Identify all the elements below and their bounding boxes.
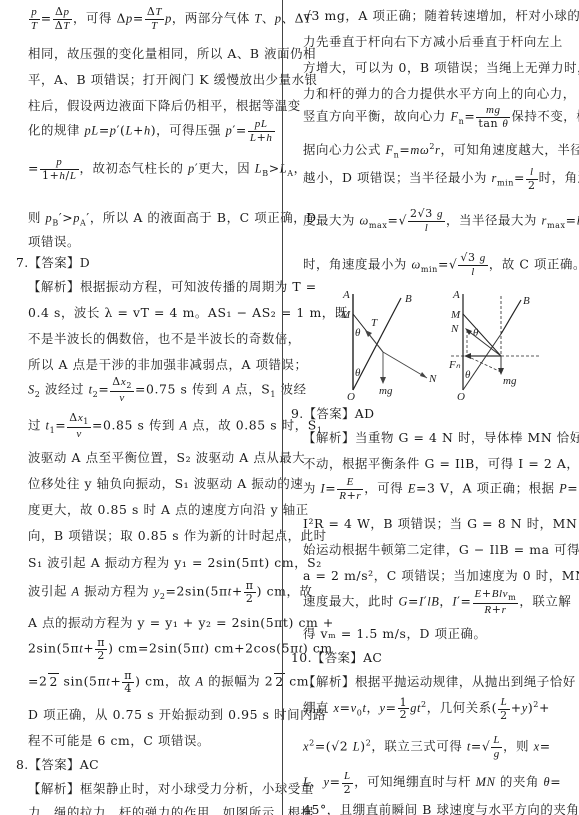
force-diagram-centripetal-icon: A B M N θ Fₙ θ mg O [441,286,571,400]
fraction-mg-over-tan: mgtan θ [476,104,510,130]
q8-line-1: 【解析】框架静止时，对小球受力分析，小球受重 [0,779,283,797]
force-diagram-tension-icon: A B M T θ θ N mg O [331,286,451,400]
svg-text:B: B [405,293,412,305]
q7-line-10: 向，B 项错误；取 0.85 s 作为新的计时起点，此时 [0,526,283,544]
q8-cont-line-6: 据向心力公式 Fn=mω2r，可知角速度越大，半径 [291,140,579,159]
q8-answer-heading: 8.【答案】AC [16,755,283,773]
q7-line-8: 位移处往 y 轴负向振动，S₁ 波驱动 A 振动的速 [0,474,283,492]
fraction-p-over-T: pT [29,6,40,32]
q10-line-4: L，y=L2，可知绳绷直时与杆 MN 的夹角 θ= [291,770,579,795]
svg-text:M: M [340,309,351,321]
q7-number: 7. [16,255,29,270]
svg-text:θ: θ [473,327,479,339]
q8-answer-label: 【答案】 [29,757,80,772]
q10-line-3: x2=(√2 L)2，联立三式可得 t=√Lg，则 x= [291,734,579,760]
answer-sheet-page: pT=ΔpΔT，可得 Δp=ΔTTp，两部分气体 T、p、ΔT 相同，故压强的变… [0,0,579,815]
q10-number: 10. [291,650,312,665]
q6-line-7: 则 pB′>pA′，所以 A 的液面高于 B，C 项正确，D [0,208,283,227]
q8-cont-line-3: 方增大，可以为 0，B 项错误；当绳上无弹力时，重 [291,58,579,76]
q6-line-2: 相同，故压强的变化量相同，所以 A、B 液面仍相 [0,44,283,62]
q9-line-1: 【解析】当重物 G = 4 N 时，导体棒 MN 恰好静止 [291,428,579,446]
q9-text: 当重物 G = 4 N 时，导体棒 MN 恰好静止 [355,430,579,445]
q9-line-8: 得 vₘ = 1.5 m/s，D 项正确。 [291,624,579,642]
fraction-pi-over-2: π2 [244,580,256,604]
svg-text:mg: mg [379,385,393,397]
q6-line-5: 化的规律 pL=p′(L+h)，可得压强 p′=pLL+h [0,118,283,144]
q9-answer: AD [355,406,375,421]
fraction-Iprime: E+BlvmR+r [473,588,519,616]
q7-line-9: 度更大，故 0.85 s 时 A 点的速度方向沿 y 轴正 [0,500,283,518]
q7-line-6: 过 t1=Δx1v=0.85 s 传到 A 点，故 0.85 s 时，S1 [0,412,283,440]
q8-answer: AC [80,757,99,772]
q9-analysis-label: 【解析】 [303,430,355,445]
svg-text:A: A [342,289,350,301]
fraction-E-over-Rr: ER+r [337,476,363,502]
svg-text:N: N [428,373,437,385]
svg-text:T: T [371,317,378,329]
fraction-omega-min: √3 gl [458,252,487,278]
fraction-L-over-2-b: L2 [342,770,354,795]
figure-right-forces: A B M N θ Fₙ θ mg O [441,286,571,400]
q10-answer-heading: 10.【答案】AC [291,648,579,666]
q9-answer-heading: 9.【答案】AD [291,404,579,422]
q7-line-2: 0.4 s，波长 λ = vT = 4 m。AS₁ − AS₂ = 1 m，既 [0,303,283,321]
q10-line-1: 【解析】根据平抛运动规律，从抛出到绳子恰好 [291,672,579,690]
svg-text:A: A [452,289,460,301]
q8-line-2: 力、绳的拉力、杆的弹力的作用，如图所示，根据 [0,803,283,815]
fraction-dT-over-T: ΔTT [145,6,164,32]
svg-text:θ: θ [355,327,361,339]
q8-cont-line-5: 竖直方向平衡，故向心力 Fn=mgtan θ保持不变，根 [291,104,579,130]
q9-line-7: 速度最大，此时 G=I′lB，I′=E+BlvmR+r，联立解 [291,588,579,616]
q6-line-6: =p1+h/L，故初态气柱长的 p′更大，因 LB>LA， [0,156,283,182]
q9-line-5: 始运动根据牛顿第二定律，G − IlB = ma 可得 [291,540,579,558]
q7-line-14: 2sin(5πt+π2) cm=2sin(5πt) cm+2cos(5πt) c… [0,637,283,661]
fraction-dx2-over-v: Δx2v [110,376,134,404]
q7-line-11: S₁ 波引起 A 振动方程为 y₁ = 2sin(5πt) cm，S₂ [0,553,283,571]
q7-line-7: 波驱动 A 点至平衡位置，S₂ 波驱动 A 点从最大 [0,448,283,466]
q8-analysis-label: 【解析】 [28,781,80,796]
q7-answer: D [80,255,90,270]
svg-text:θ: θ [465,369,471,381]
q6-line-8: 项错误。 [0,232,283,250]
svg-text:θ: θ [355,367,361,379]
q7-answer-heading: 7.【答案】D [16,253,283,271]
fraction-L-over-g: Lg [491,734,502,760]
svg-text:B: B [523,295,530,307]
fraction-omega-max: 2√3 gl [408,208,445,234]
q10-analysis-label: 【解析】 [303,674,355,689]
q7-line-4: 所以 A 点是干涉的非加强非减弱点，A 项错误； [0,355,283,373]
q7-line-15: =22 sin(5πt+π4) cm，故 A 的振幅为 22 cm， [0,670,283,694]
q8-text: 框架静止时，对小球受力分析，小球受重 [80,781,314,796]
q6-line-1: pT=ΔpΔT，可得 Δp=ΔTTp，两部分气体 T、p、ΔT [0,6,283,32]
svg-text:O: O [347,391,355,400]
column-divider [282,0,283,815]
q9-line-3: 为 I=ER+r，可得 E=3 V，A 项正确；根据 P= [291,476,579,502]
left-column: pT=ΔpΔT，可得 Δp=ΔTTp，两部分气体 T、p、ΔT 相同，故压强的变… [0,0,283,815]
fraction-p-over-1-h-L: p1+h/L [40,156,79,182]
q8-cont-line-8: 度最大为 ωmax=√2√3 gl，当半径最大为 rmax=l [291,208,579,234]
q8-cont-line-7: 越小，D 项错误；当半径最小为 rmin=l2时，角速 [291,166,579,191]
q8-cont-line-4: 力和杆的弹力的合力提供水平方向上的向心力， [291,84,579,102]
svg-text:mg: mg [503,375,517,387]
q10-answer-label: 【答案】 [312,650,363,665]
svg-text:N: N [450,323,459,335]
fraction-pi-over-2-b: π2 [95,637,107,661]
q7-answer-label: 【答案】 [29,255,80,270]
q8-cont-line-9: 时，角速度最小为 ωmin=√√3 gl，故 C 项正确。 [291,252,579,278]
q6-line-4: 柱后，假设两边液面下降后仍相平，根据等温变 [0,96,283,114]
q8-number: 8. [16,757,29,772]
q9-line-6: a = 2 m/s²，C 项错误；当加速度为 0 时，MN 的 [291,566,579,584]
fraction-pL-over-Lh: pLL+h [248,118,275,144]
fraction-one-half: 12 [398,697,410,721]
figure-left-forces: A B M T θ θ N mg O [331,286,451,400]
q7-line-13: A 点的振动方程为 y = y₁ + y₂ = 2sin(5πt) cm + [0,613,283,631]
q9-number: 9. [291,406,304,421]
q7-line-3: 不是半波长的偶数倍，也不是半波长的奇数倍， [0,329,283,347]
svg-text:O: O [457,391,465,400]
q8-cont-line-1: √3 mg，A 项正确；随着转速增加，杆对小球的弹 [291,6,579,24]
svg-text:Fₙ: Fₙ [448,359,461,371]
q9-line-4: I²R = 4 W，B 项错误；当 G = 8 N 时，MN 刚开 [291,514,579,532]
q10-answer: AC [363,650,382,665]
fraction-dx1-over-v: Δx1v [67,412,91,440]
svg-text:M: M [450,309,461,321]
q7-analysis-label: 【解析】 [28,279,80,294]
q7-line-12: 波引起 A 振动方程为 y2=2sin(5πt+π2) cm，故 [0,580,283,604]
q7-line-1: 【解析】根据振动方程，可知波传播的周期为 T = [0,277,283,295]
fraction-L-over-2: L2 [498,696,510,721]
q7-line-16: D 项正确，从 0.75 s 开始振动到 0.95 s 时间内路 [0,705,283,723]
q9-line-2: 不动，根据平衡条件 G = IlB，可得 I = 2 A，又因 [291,454,579,472]
q10-line-2: 绷直 x=v0t，y=12gt2，几何关系(L2+y)2+ [291,696,579,721]
q6-line-3: 平，A、B 项错误；打开阀门 K 缓慢放出少量水银 [0,70,283,88]
q7-line-17: 程不可能是 6 cm，C 项错误。 [0,731,283,749]
q10-line-5: 45°，且绷直前瞬间 B 球速度与水平方向的夹角 [291,800,579,815]
fraction-dp-over-dT: ΔpΔT [53,6,72,32]
fraction-pi-over-4: π4 [122,670,134,694]
q9-answer-label: 【答案】 [304,406,355,421]
q8-cont-line-2: 力先垂直于杆向右下方减小后垂直于杆向左上 [291,32,579,50]
fraction-l-over-2: l2 [526,166,538,191]
q7-line-5: S2 波经过 t2=Δx2v=0.75 s 传到 A 点，S1 波经 [0,376,283,404]
q10-text: 根据平抛运动规律，从抛出到绳子恰好 [355,674,576,689]
right-column: √3 mg，A 项正确；随着转速增加，杆对小球的弹 力先垂直于杆向右下方减小后垂… [291,0,579,815]
